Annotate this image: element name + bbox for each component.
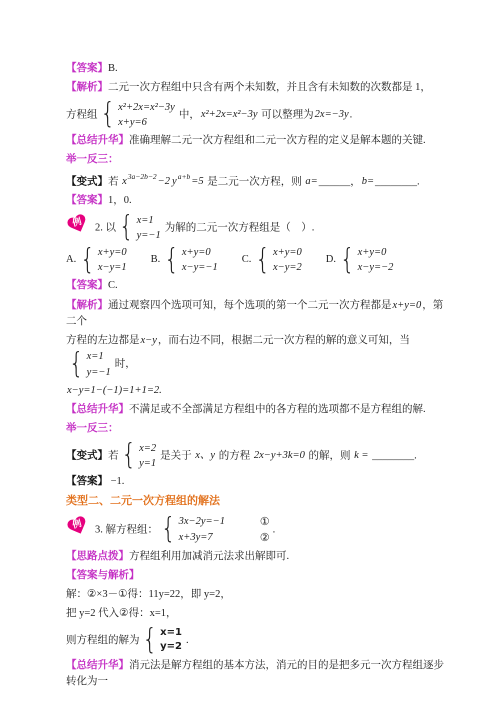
math-k-equals: k = (354, 450, 371, 461)
answer-value: C. (108, 280, 118, 291)
variant-line-1: 【变式】若 x3a−2b−2−2ya+b=5 是二元一次方程，则 a=_____… (66, 172, 452, 191)
equation-2: x−y=−1 (182, 260, 218, 275)
math-expression: x²+2x=x²−3y (201, 109, 258, 120)
solution-step-2-text: 把 y=2 代入②得：x=1， (66, 608, 177, 619)
summary-line-2: 【总结升华】不满足或不全部满足方程组中的各方程的选项都不是方程组的解. (66, 402, 452, 418)
solution-result-text: 则方程组的解为 (66, 635, 140, 646)
option-d: D.x+y=0x−y=−2 (326, 245, 398, 275)
period: . (186, 635, 189, 646)
variant-answer-2: 【答案】 −1. (66, 474, 452, 490)
option-c: C.x+y=0x−y=2 (242, 245, 306, 275)
math-equation-k: 2x−y+3k=0 (254, 450, 305, 461)
hint-text: 方程组利用加减消元法求出解即可. (129, 551, 289, 562)
answer-tag: 【答案】 (66, 280, 108, 291)
equation-1: 3x−2y=−1 (179, 514, 225, 530)
equation-system: x=1y=−1 (69, 349, 112, 379)
math-minus-2: −2 (158, 176, 170, 187)
answer-tag: 【答案】 (66, 476, 108, 487)
math-result: 2x=−3y (315, 109, 349, 120)
equation-2: x+y=6 (118, 115, 175, 130)
equation-system: x=2y=1 (122, 441, 158, 471)
variant-line-2: 【变式】若x=2y=1是关于 x、y 的方程 2x−y+3k=0 的解，则 k … (66, 441, 452, 471)
equation-1: x=2 (139, 441, 156, 456)
math-x-minus-y: x−y (141, 335, 157, 346)
answer-value: −1. (111, 476, 125, 487)
equation-system: x+y=0x−y=−1 (164, 245, 218, 275)
option-label: C. (242, 252, 252, 268)
option-a: A.x+y=0x−y=1 (66, 245, 131, 275)
analysis-text-1: 通过观察四个选项可知，每个选项的第一个二元一次方程都是 (108, 300, 392, 311)
practice-label: 举一反三： (66, 423, 119, 434)
math-base-x: x (122, 176, 127, 187)
math-x-plus-y: x+y=0 (393, 300, 422, 311)
equation-1: x+y=0 (358, 245, 394, 260)
answer-analysis-tag: 【答案与解析】 (66, 570, 140, 581)
math-base-y: y (172, 176, 177, 187)
period: . (273, 524, 276, 535)
example-3-line: 例3. 解方程组：3x−2y=−1①x+3y=7②. (66, 514, 452, 546)
equation-system: x+y=0x−y=−2 (340, 245, 394, 275)
equation-2: x−y=2 (273, 260, 302, 275)
example-heart-icon: 例 (66, 213, 92, 237)
answer-line-b: 【答案】B. (66, 61, 452, 77)
practice-heading-2: 举一反三： (66, 421, 452, 437)
variant-tag: 【变式】 (66, 176, 108, 187)
period: . (417, 176, 420, 187)
math-equals-5: =5 (191, 176, 203, 187)
equation-system: x²+2x=x²−3yx+y=6 (101, 100, 176, 130)
analysis-tag: 【解析】 (66, 82, 108, 93)
variant-text-2: 是二元一次方程，则 (205, 176, 305, 187)
math-exponent-x: 3a−2b−2 (128, 172, 157, 181)
variant-tag: 【变式】 (66, 450, 108, 461)
variant-text-2: 是关于 (160, 450, 194, 461)
option-label: B. (151, 252, 161, 268)
solution-step-1: 解：②×3－①得：11y=22，即 y=2， (66, 587, 452, 603)
equation-row-2: x+3y=7② (178, 530, 270, 546)
blank-k: ________ (372, 450, 414, 461)
document-page: 【答案】B. 【解析】二元一次方程组中只含有两个未知数，并且含有未知数的次数都是… (0, 0, 500, 690)
summary-line-1: 【总结升华】准确理解二元一次方程组和二元一次方程的定义是解本题的关键. (66, 133, 452, 149)
practice-label: 举一反三： (66, 154, 119, 165)
solution-system: x=1y=2 (143, 626, 184, 655)
variant-text-3: 的方程 (216, 450, 253, 461)
analysis-text: 二元一次方程组中只含有两个未知数，并且含有未知数的次数都是 1， (108, 82, 431, 93)
circled-1-icon: ① (260, 514, 270, 530)
answer-value: 1，0. (108, 195, 132, 206)
equation-1: x+y=0 (98, 245, 127, 260)
solution-x: x=1 (160, 626, 182, 641)
math-b-equals: b= (362, 176, 374, 187)
equation-system: x+y=0x−y=2 (255, 245, 302, 275)
circled-2-icon: ② (260, 530, 270, 546)
summary-tag: 【总结升华】 (66, 660, 129, 671)
hint-line: 【思路点拨】方程组利用加减消元法求出解即可. (66, 549, 452, 565)
example-2-text-2: 为解的二元一次方程组是（ ）. (165, 222, 315, 233)
solution-step-2: 把 y=2 代入②得：x=1， (66, 606, 452, 622)
variant-text-4: 的解，则 (306, 450, 353, 461)
system-mid-text: 中， (179, 109, 200, 120)
option-label: D. (326, 252, 336, 268)
rearrange-text: 可以整理为 (259, 109, 314, 120)
summary-text: 准确理解二元一次方程组和二元一次方程的定义是解本题的关键. (129, 135, 426, 146)
analysis-tag: 【解析】 (66, 300, 108, 311)
equation-1: x²+2x=x²−3y (118, 100, 175, 115)
summary-tag: 【总结升华】 (66, 135, 129, 146)
equation-row-1: 3x−2y=−1① (178, 514, 270, 530)
hint-tag: 【思路点拨】 (66, 551, 129, 562)
period: . (414, 450, 417, 461)
summary-text: 不满足或不全部满足方程组中的各方程的选项都不是方程组的解. (129, 404, 426, 415)
example-2-line: 例2. 以x=1y=−1为解的二元一次方程组是（ ）. (66, 213, 452, 243)
math-a-equals: a= (305, 176, 317, 187)
example-heart-icon: 例 (66, 515, 92, 539)
answer-value: B. (108, 63, 118, 74)
solution-y: y=2 (160, 640, 182, 655)
solution-step-1-text: 解：②×3－①得：11y=22，即 y=2， (66, 589, 231, 600)
summary-line-3: 【总结升华】消元法是解方程组的基本方法，消元的目的是把多元一次方程组逐步转化为一 (66, 658, 452, 691)
equation-2: y=1 (139, 456, 156, 471)
equation-2: x−y=−2 (358, 260, 394, 275)
answer-line-c: 【答案】C. (66, 278, 452, 294)
variant-text-1: 若 (108, 176, 121, 187)
variant-answer-1: 【答案】1，0. (66, 193, 452, 209)
blank-a: ______ (319, 176, 351, 187)
answer-analysis-heading: 【答案与解析】 (66, 568, 452, 584)
equation-1: x+y=0 (182, 245, 218, 260)
period: . (350, 109, 353, 120)
variant-text-1: 若 (108, 450, 119, 461)
equation-system: x+y=0x−y=1 (80, 245, 127, 275)
summary-tag: 【总结升华】 (66, 404, 129, 415)
analysis-line-1: 【解析】二元一次方程组中只含有两个未知数，并且含有未知数的次数都是 1， (66, 80, 452, 96)
option-b: B.x+y=0x−y=−1 (151, 245, 222, 275)
type-2-heading: 类型二、二元一次方程组的解法 (66, 493, 452, 510)
equation-2: x+3y=7 (179, 530, 213, 546)
analysis-2-line-2: 方程的左边都是x−y，而右边不同，根据二元一次方程的解的意义可知，当x=1y=−… (66, 333, 452, 380)
example-3-text: 3. 解方程组： (95, 524, 158, 535)
analysis-text-4: ，而右边不同，根据二元一次方程的解的意义可知，当 (158, 335, 410, 346)
equation-1: x=1 (137, 213, 161, 228)
practice-heading-1: 举一反三： (66, 152, 452, 168)
blank-b: ________ (375, 176, 417, 187)
system-prefix: 方程组 (66, 109, 98, 120)
answer-tag: 【答案】 (66, 195, 108, 206)
equation-2: x−y=1 (98, 260, 127, 275)
numbered-equation-system: 3x−2y=−1①x+3y=7② (161, 514, 270, 546)
analysis-text-3: 方程的左边都是 (66, 335, 140, 346)
math-xy-vars: x、y (195, 450, 215, 461)
analysis-2-line-1: 【解析】通过观察四个选项可知，每个选项的第一个二元一次方程都是x+y=0，第二个 (66, 298, 452, 331)
analysis-text-5: 时， (115, 359, 136, 370)
solution-result: 则方程组的解为x=1y=2. (66, 626, 452, 655)
type-heading-label: 类型二、二元一次方程组的解法 (66, 495, 220, 507)
option-label: A. (66, 252, 76, 268)
system-rearrange-line: 方程组x²+2x=x²−3yx+y=6中，x²+2x=x²−3y 可以整理为2x… (66, 100, 452, 130)
analysis-2-line-3: x−y=1−(−1)=1+1=2. (66, 383, 452, 399)
equation-1: x=1 (87, 349, 111, 364)
math-exponent-y: a+b (178, 172, 191, 181)
equation-1: x+y=0 (273, 245, 302, 260)
options-row: A.x+y=0x−y=1 B.x+y=0x−y=−1 C.x+y=0x−y=2 … (66, 245, 452, 275)
comma: ， (350, 176, 361, 187)
answer-tag: 【答案】 (66, 63, 108, 74)
equation-2: y=−1 (87, 365, 111, 380)
example-2-text-1: 2. 以 (95, 222, 116, 233)
equation-2: y=−1 (137, 228, 161, 243)
equation-system: x=1y=−1 (119, 213, 162, 243)
math-computation: x−y=1−(−1)=1+1=2. (67, 385, 162, 396)
